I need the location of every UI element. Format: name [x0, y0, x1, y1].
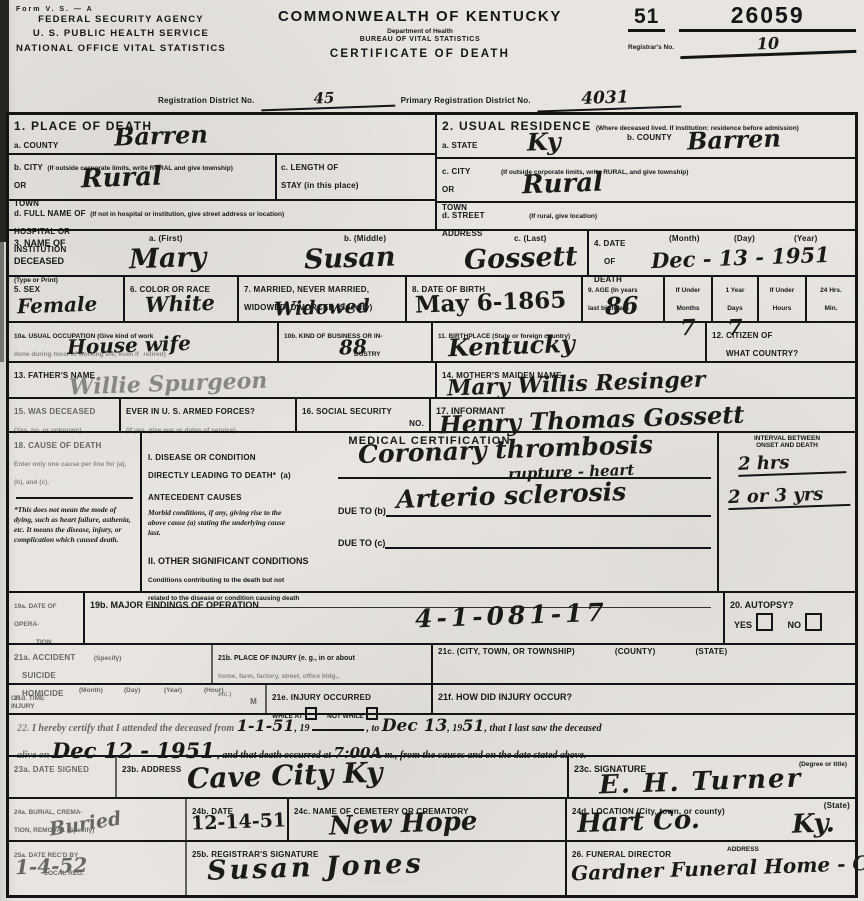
certify-to-value: Dec 13 — [382, 716, 448, 736]
business-label: 10b. KIND OF BUSINESS OR IN- — [284, 333, 383, 340]
agency-line-1: FEDERAL SECURITY AGENCY — [16, 13, 226, 27]
disease-label: I. DISEASE OR CONDITION — [148, 453, 256, 462]
field-marital-status: 7. MARRIED, NEVER MARRIED, WIDOWED, DIVO… — [239, 277, 407, 321]
field-birthplace: 11. BIRTHPLACE (State or foreign country… — [433, 323, 707, 361]
certify-number: 22. — [17, 723, 30, 734]
county-value: Barren — [114, 119, 209, 151]
how-injury-label: 21f. HOW DID INJURY OCCUR? — [438, 692, 572, 702]
first-name-value: Mary — [128, 242, 206, 276]
length-of-stay-label-2: STAY (in this place) — [281, 181, 359, 190]
signature-note: (Degree or title) — [799, 761, 847, 768]
ssn-label-2: NO. — [409, 419, 424, 429]
row-armed-ssn-informant: 15. WAS DECEASED (Yes, no, or unknown) E… — [9, 399, 855, 433]
citizen-label: 12. CITIZEN OF — [712, 331, 773, 340]
row-operation-autopsy: 19a. DATE OF OPERA- TION 19b. MAJOR FIND… — [9, 593, 855, 645]
age-months-header-top: If Under — [676, 287, 701, 294]
field-armed-forces-2: EVER IN U. S. ARMED FORCES? (If yes, giv… — [121, 399, 297, 431]
age-min-header-top: 24 Hrs. — [820, 287, 842, 294]
city-label: b. CITY — [14, 163, 43, 172]
county-label: a. COUNTY — [14, 141, 58, 150]
field-age-min: 24 Hrs. Min. — [807, 277, 855, 321]
row-injury-place: 21a. ACCIDENT (Specify) SUICIDE HOMICIDE… — [9, 645, 855, 685]
field-occupation: 10a. USUAL OCCUPATION (Give kind of work… — [9, 323, 279, 361]
findings-label: 19b. MAJOR FINDINGS OF OPERATION — [90, 600, 259, 610]
injury-occurred-label: 21e. INJURY OCCURRED — [272, 693, 371, 702]
certify-text-3: , to — [367, 723, 380, 734]
armed-label-2: EVER IN U. S. ARMED FORCES? — [126, 407, 255, 416]
father-value: Willie Spurgeon — [69, 368, 268, 401]
field-sex: 5. SEX Female — [9, 277, 125, 321]
interval-label-2: ONSET AND DEATH — [724, 442, 850, 449]
residence-county-label: b. COUNTY — [627, 133, 672, 143]
field-funeral-director: 26. FUNERAL DIRECTOR ADDRESS Gardner Fun… — [567, 842, 855, 895]
field-cemetery-location: 24d. LOCATION (City, town, or county) (S… — [567, 799, 855, 840]
accident-note: (Specify) — [94, 655, 121, 662]
age-hours-header-top: If Under — [770, 287, 795, 294]
other-conditions-note-1: Conditions contributing to the death but… — [148, 577, 284, 584]
marital-value: Widowed — [274, 295, 371, 320]
field-date-signed: 23a. DATE SIGNED — [9, 757, 117, 797]
row-certify-statement: 22. I hereby certify that I attended the… — [9, 715, 855, 757]
row-registrar: 25a. DATE REC'D BY LOCAL REG. 1-4-52 25b… — [9, 842, 855, 895]
field-medical-certification: MEDICAL CERTIFICATION I. DISEASE OR COND… — [142, 433, 719, 591]
ssn-label: 16. SOCIAL SECURITY — [302, 407, 392, 416]
file-number-block: 51 26059 Registrar's No. 10 — [628, 2, 856, 56]
row-place-residence: 1. PLACE OF DEATH a. COUNTY Barren b. CI… — [9, 115, 855, 231]
field-cause-of-death-stub: 18. CAUSE OF DEATH Enter only one cause … — [9, 433, 142, 591]
hospital-label: d. FULL NAME OF — [14, 209, 86, 218]
field-age-hours: If Under Hours — [759, 277, 807, 321]
registrar-no-label: Registrar's No. — [628, 44, 674, 51]
residence-city-label: c. CITY — [442, 167, 471, 176]
certify-text-4: , 19 — [447, 723, 462, 734]
interval-label: INTERVAL BETWEEN — [724, 435, 850, 442]
age-hours-header: Hours — [773, 305, 792, 312]
street-label: d. STREET — [442, 211, 485, 220]
age-days-header-top: 1 Year — [725, 287, 744, 294]
dod-label-2: OF — [604, 257, 616, 266]
dod-label: 4. DATE — [594, 239, 625, 248]
issuing-agency-block: Form V. S. — A FEDERAL SECURITY AGENCY U… — [16, 6, 226, 56]
place-of-injury-note: home, farm, factory, street, office bldg… — [218, 673, 339, 680]
citizen-label-2: WHAT COUNTRY? — [726, 349, 798, 358]
dod-month-header: (Month) — [669, 234, 700, 244]
field-registrar-signature: 25b. REGISTRAR'S SIGNATURE Susan Jones — [187, 842, 567, 895]
age-days-header: Days — [727, 305, 743, 312]
field-place-of-death: 1. PLACE OF DEATH a. COUNTY Barren b. CI… — [9, 115, 437, 229]
field-informant: 17. INFORMANT Henry Thomas Gossett — [431, 399, 855, 431]
field-interval: INTERVAL BETWEEN ONSET AND DEATH 2 hrs 2… — [719, 433, 855, 591]
field-age-days: 1 Year Days 7 — [713, 277, 759, 321]
agency-line-2: U. S. PUBLIC HEALTH SERVICE — [16, 27, 226, 41]
state-label: a. STATE — [442, 141, 478, 150]
sex-label: 5. SEX — [14, 285, 40, 294]
hospital-note: (If not in hospital or institution, give… — [90, 211, 284, 218]
field-date-of-death: 4. DATE OF DEATH (Month) (Day) (Year) De… — [589, 231, 855, 275]
field-business: 10b. KIND OF BUSINESS OR IN- DUSTRY 88 — [279, 323, 433, 361]
row-burial: 24a. BURIAL, CREMA- TION, REMOVAL (Speci… — [9, 799, 855, 842]
field-cemetery: 24c. NAME OF CEMETERY OR CREMATORY New H… — [289, 799, 567, 840]
field-armed-forces: 15. WAS DECEASED (Yes, no, or unknown) — [9, 399, 121, 431]
accident-label: 21a. ACCIDENT — [14, 653, 75, 662]
field-name-of-deceased: 3. NAME OF DECEASED (Type or Print) a. (… — [9, 231, 589, 275]
injury-county-label: (COUNTY) — [615, 647, 656, 681]
field-injury-time: 21d. TIME (Month) (Day) (Year) (Hour) OF… — [9, 685, 267, 713]
age-min-header: Min. — [825, 305, 838, 312]
marital-label: 7. MARRIED, NEVER MARRIED, — [244, 285, 369, 294]
field-injury-occurred: 21e. INJURY OCCURRED WHILE AT NOT WHILE — [267, 685, 433, 713]
other-conditions-label: II. OTHER SIGNIFICANT CONDITIONS — [148, 556, 309, 566]
field-color-race: 6. COLOR OR RACE White — [125, 277, 239, 321]
certify-text-2: , 19 — [295, 723, 310, 734]
business-value: 88 — [339, 335, 368, 360]
antecedent-label: ANTECEDENT CAUSES — [148, 493, 242, 502]
age-value: 86 — [605, 290, 639, 320]
cause-note: Enter only one cause per line for (a), (… — [14, 461, 126, 486]
due-to-b-label: DUE TO (b) — [338, 506, 386, 517]
field-place-of-injury: 21b. PLACE OF INJURY (e. g., in or about… — [213, 645, 433, 683]
registrar-no-value: 10 — [680, 31, 857, 59]
field-certify-statement: 22. I hereby certify that I attended the… — [9, 715, 855, 755]
registration-district-line: Registration District No. 45 Primary Reg… — [158, 88, 681, 110]
field-ssn: 16. SOCIAL SECURITY NO. — [297, 399, 431, 431]
residence-city-value: Rural — [522, 168, 604, 201]
certify-blank — [312, 729, 364, 731]
autopsy-yes-label: YES — [734, 620, 752, 630]
field-accident: 21a. ACCIDENT (Specify) SUICIDE HOMICIDE — [9, 645, 213, 683]
disease-label-2: DIRECTLY LEADING TO DEATH* — [148, 471, 276, 480]
injury-hour-header: (Hour) — [204, 687, 224, 694]
scan-edge-artifact-2 — [0, 242, 4, 362]
state-file-number: 26059 — [679, 2, 856, 32]
name-label: 3. NAME OF — [14, 238, 66, 248]
row-sex-age: 5. SEX Female 6. COLOR OR RACE White 7. … — [9, 277, 855, 323]
cause-footnote: *This does not mean the mode of dying, s… — [14, 505, 135, 546]
field-father: 13. FATHER'S NAME Willie Spurgeon — [9, 363, 437, 397]
dob-value: May 6-1865 — [415, 286, 567, 318]
certify-text-5: , that I last saw the deceased — [485, 723, 602, 734]
field-autopsy: 20. AUTOPSY? YES NO — [725, 593, 855, 643]
cemetery-value: New Hope — [329, 806, 478, 841]
injury-month-header: (Month) — [79, 687, 103, 694]
location-state-value: Ky. — [792, 808, 836, 839]
certify-to-year: 51 — [462, 716, 484, 735]
field-date-of-birth: 8. DATE OF BIRTH May 6-1865 — [407, 277, 583, 321]
injury-time-label-3: INJURY — [11, 703, 35, 710]
injury-time-label-2: OF — [11, 695, 20, 702]
birthplace-value: Kentucky — [448, 329, 576, 362]
document-title: COMMONWEALTH OF KENTUCKY — [240, 8, 600, 25]
city-value: Rural — [81, 162, 163, 195]
form-code: Form V. S. — A — [16, 6, 226, 13]
title-block: COMMONWEALTH OF KENTUCKY Department of H… — [240, 8, 600, 60]
autopsy-no-label: NO — [787, 620, 801, 630]
burial-date-value: 12-14-51 — [191, 809, 287, 834]
city-or-label: OR — [14, 181, 26, 190]
cause-label: 18. CAUSE OF DEATH — [14, 441, 101, 450]
field-operation-findings: 19b. MAJOR FINDINGS OF OPERATION 4-1-081… — [85, 593, 725, 643]
primary-district-value: 4031 — [536, 85, 681, 112]
street-note: (If rural, give location) — [529, 213, 597, 220]
interval-b-value: 2 or 3 yrs — [728, 483, 851, 510]
name-label-2: DECEASED — [14, 256, 64, 266]
injury-day-header: (Day) — [124, 687, 140, 694]
reg-district-value: 45 — [260, 87, 395, 112]
autopsy-label: 20. AUTOPSY? — [730, 600, 794, 610]
date-signed-label: 23a. DATE SIGNED — [14, 765, 89, 774]
field-burial-date: 24b. DATE 12-14-51 — [187, 799, 289, 840]
residence-city-or: OR — [442, 185, 454, 194]
row-medical-certification: 18. CAUSE OF DEATH Enter only one cause … — [9, 433, 855, 593]
reg-district-label: Registration District No. — [158, 96, 255, 106]
field-how-injury: 21f. HOW DID INJURY OCCUR? — [433, 685, 855, 713]
year-stamp: 51 — [628, 5, 665, 32]
field-citizen: 12. CITIZEN OF WHAT COUNTRY? — [707, 323, 855, 361]
place-of-injury-label: 21b. PLACE OF INJURY (e. g., in or about — [218, 655, 355, 662]
age-min-value — [812, 314, 850, 315]
field-injury-location: 21c. (CITY, TOWN, OR TOWNSHIP) (COUNTY) … — [433, 645, 855, 683]
field-age: 9. AGE (In years last birthday) 86 — [583, 277, 665, 321]
date-received-value: 1-4-52 — [15, 853, 88, 880]
death-certificate-scan: Form V. S. — A FEDERAL SECURITY AGENCY U… — [0, 0, 864, 901]
age-months-header: Months — [676, 305, 699, 312]
location-value: Hart Co. — [577, 805, 701, 839]
residence-county-value: Barren — [687, 123, 782, 155]
address-value: Cave City Ky — [186, 756, 383, 796]
field-burial-type: 24a. BURIAL, CREMA- TION, REMOVAL (Speci… — [9, 799, 187, 840]
agency-line-3: NATIONAL OFFICE VITAL STATISTICS — [16, 42, 226, 56]
autopsy-yes-checkbox — [756, 613, 773, 631]
row-name-dod: 3. NAME OF DECEASED (Type or Print) a. (… — [9, 231, 855, 277]
funeral-director-address-label: ADDRESS — [727, 846, 759, 853]
certify-text-1: I hereby certify that I attended the dec… — [32, 723, 234, 734]
dod-day-header: (Day) — [734, 234, 755, 244]
sex-value: Female — [17, 292, 98, 319]
armed-label: 15. WAS DECEASED — [14, 407, 95, 416]
field-address: 23b. ADDRESS Cave City Ky — [117, 757, 569, 797]
address-label: 23b. ADDRESS — [122, 765, 181, 774]
antecedent-note: Morbid conditions, if any, giving rise t… — [148, 508, 298, 537]
field-mother: 14. MOTHER'S MAIDEN NAME Mary Willis Res… — [437, 363, 855, 397]
primary-district-label: Primary Registration District No. — [401, 96, 531, 106]
certificate-title: CERTIFICATE OF DEATH — [240, 48, 600, 60]
operation-date-label: 19a. DATE OF OPERA- — [14, 603, 57, 628]
injury-city-label: 21c. (CITY, TOWN, OR TOWNSHIP) — [438, 647, 575, 681]
field-operation-date: 19a. DATE OF OPERA- TION — [9, 593, 85, 643]
field-usual-residence: 2. USUAL RESIDENCE (Where deceased lived… — [437, 115, 855, 229]
field-age-months: If Under Months 7 — [665, 277, 713, 321]
interval-a-value: 2 hrs — [738, 450, 847, 477]
field-signature: 23c. SIGNATURE (Degree or title) E. H. T… — [569, 757, 855, 797]
disease-a-tag: (a) — [280, 471, 290, 480]
row-occupation: 10a. USUAL OCCUPATION (Give kind of work… — [9, 323, 855, 363]
injury-hour-m: M — [250, 697, 257, 707]
bureau-line: BUREAU OF VITAL STATISTICS — [240, 36, 600, 43]
state-value: Ky — [527, 126, 562, 156]
dod-value: Dec - 13 - 1951 — [651, 242, 830, 273]
row-signature: 23a. DATE SIGNED 23b. ADDRESS Cave City … — [9, 757, 855, 799]
autopsy-no-checkbox — [805, 613, 822, 631]
row-injury-time: 21d. TIME (Month) (Day) (Year) (Hour) OF… — [9, 685, 855, 715]
occupation-value: House wife — [67, 331, 192, 359]
due-to-c-label: DUE TO (c) — [338, 538, 385, 549]
certificate-form: 1. PLACE OF DEATH a. COUNTY Barren b. CI… — [6, 112, 858, 898]
registrar-signature-value: Susan Jones — [207, 848, 425, 887]
middle-name-value: Susan — [303, 241, 395, 275]
age-hours-value — [764, 314, 800, 315]
certify-from-value: 1-1-51 — [237, 716, 295, 735]
findings-value: 4-1-081-17 — [415, 598, 609, 634]
race-value: White — [145, 290, 216, 317]
length-of-stay-label: c. LENGTH OF — [281, 163, 339, 172]
injury-year-header: (Year) — [164, 687, 182, 694]
last-name-value: Gossett — [463, 241, 578, 276]
injury-state-label: (STATE) — [696, 647, 728, 681]
usual-residence-title: 2. USUAL RESIDENCE — [442, 119, 591, 133]
department-line: Department of Health — [240, 28, 600, 35]
signature-value: E. H. Turner — [599, 763, 803, 800]
suicide-label: SUICIDE — [22, 671, 56, 680]
field-date-received: 25a. DATE REC'D BY LOCAL REG. 1-4-52 — [9, 842, 187, 895]
row-parents: 13. FATHER'S NAME Willie Spurgeon 14. MO… — [9, 363, 855, 399]
